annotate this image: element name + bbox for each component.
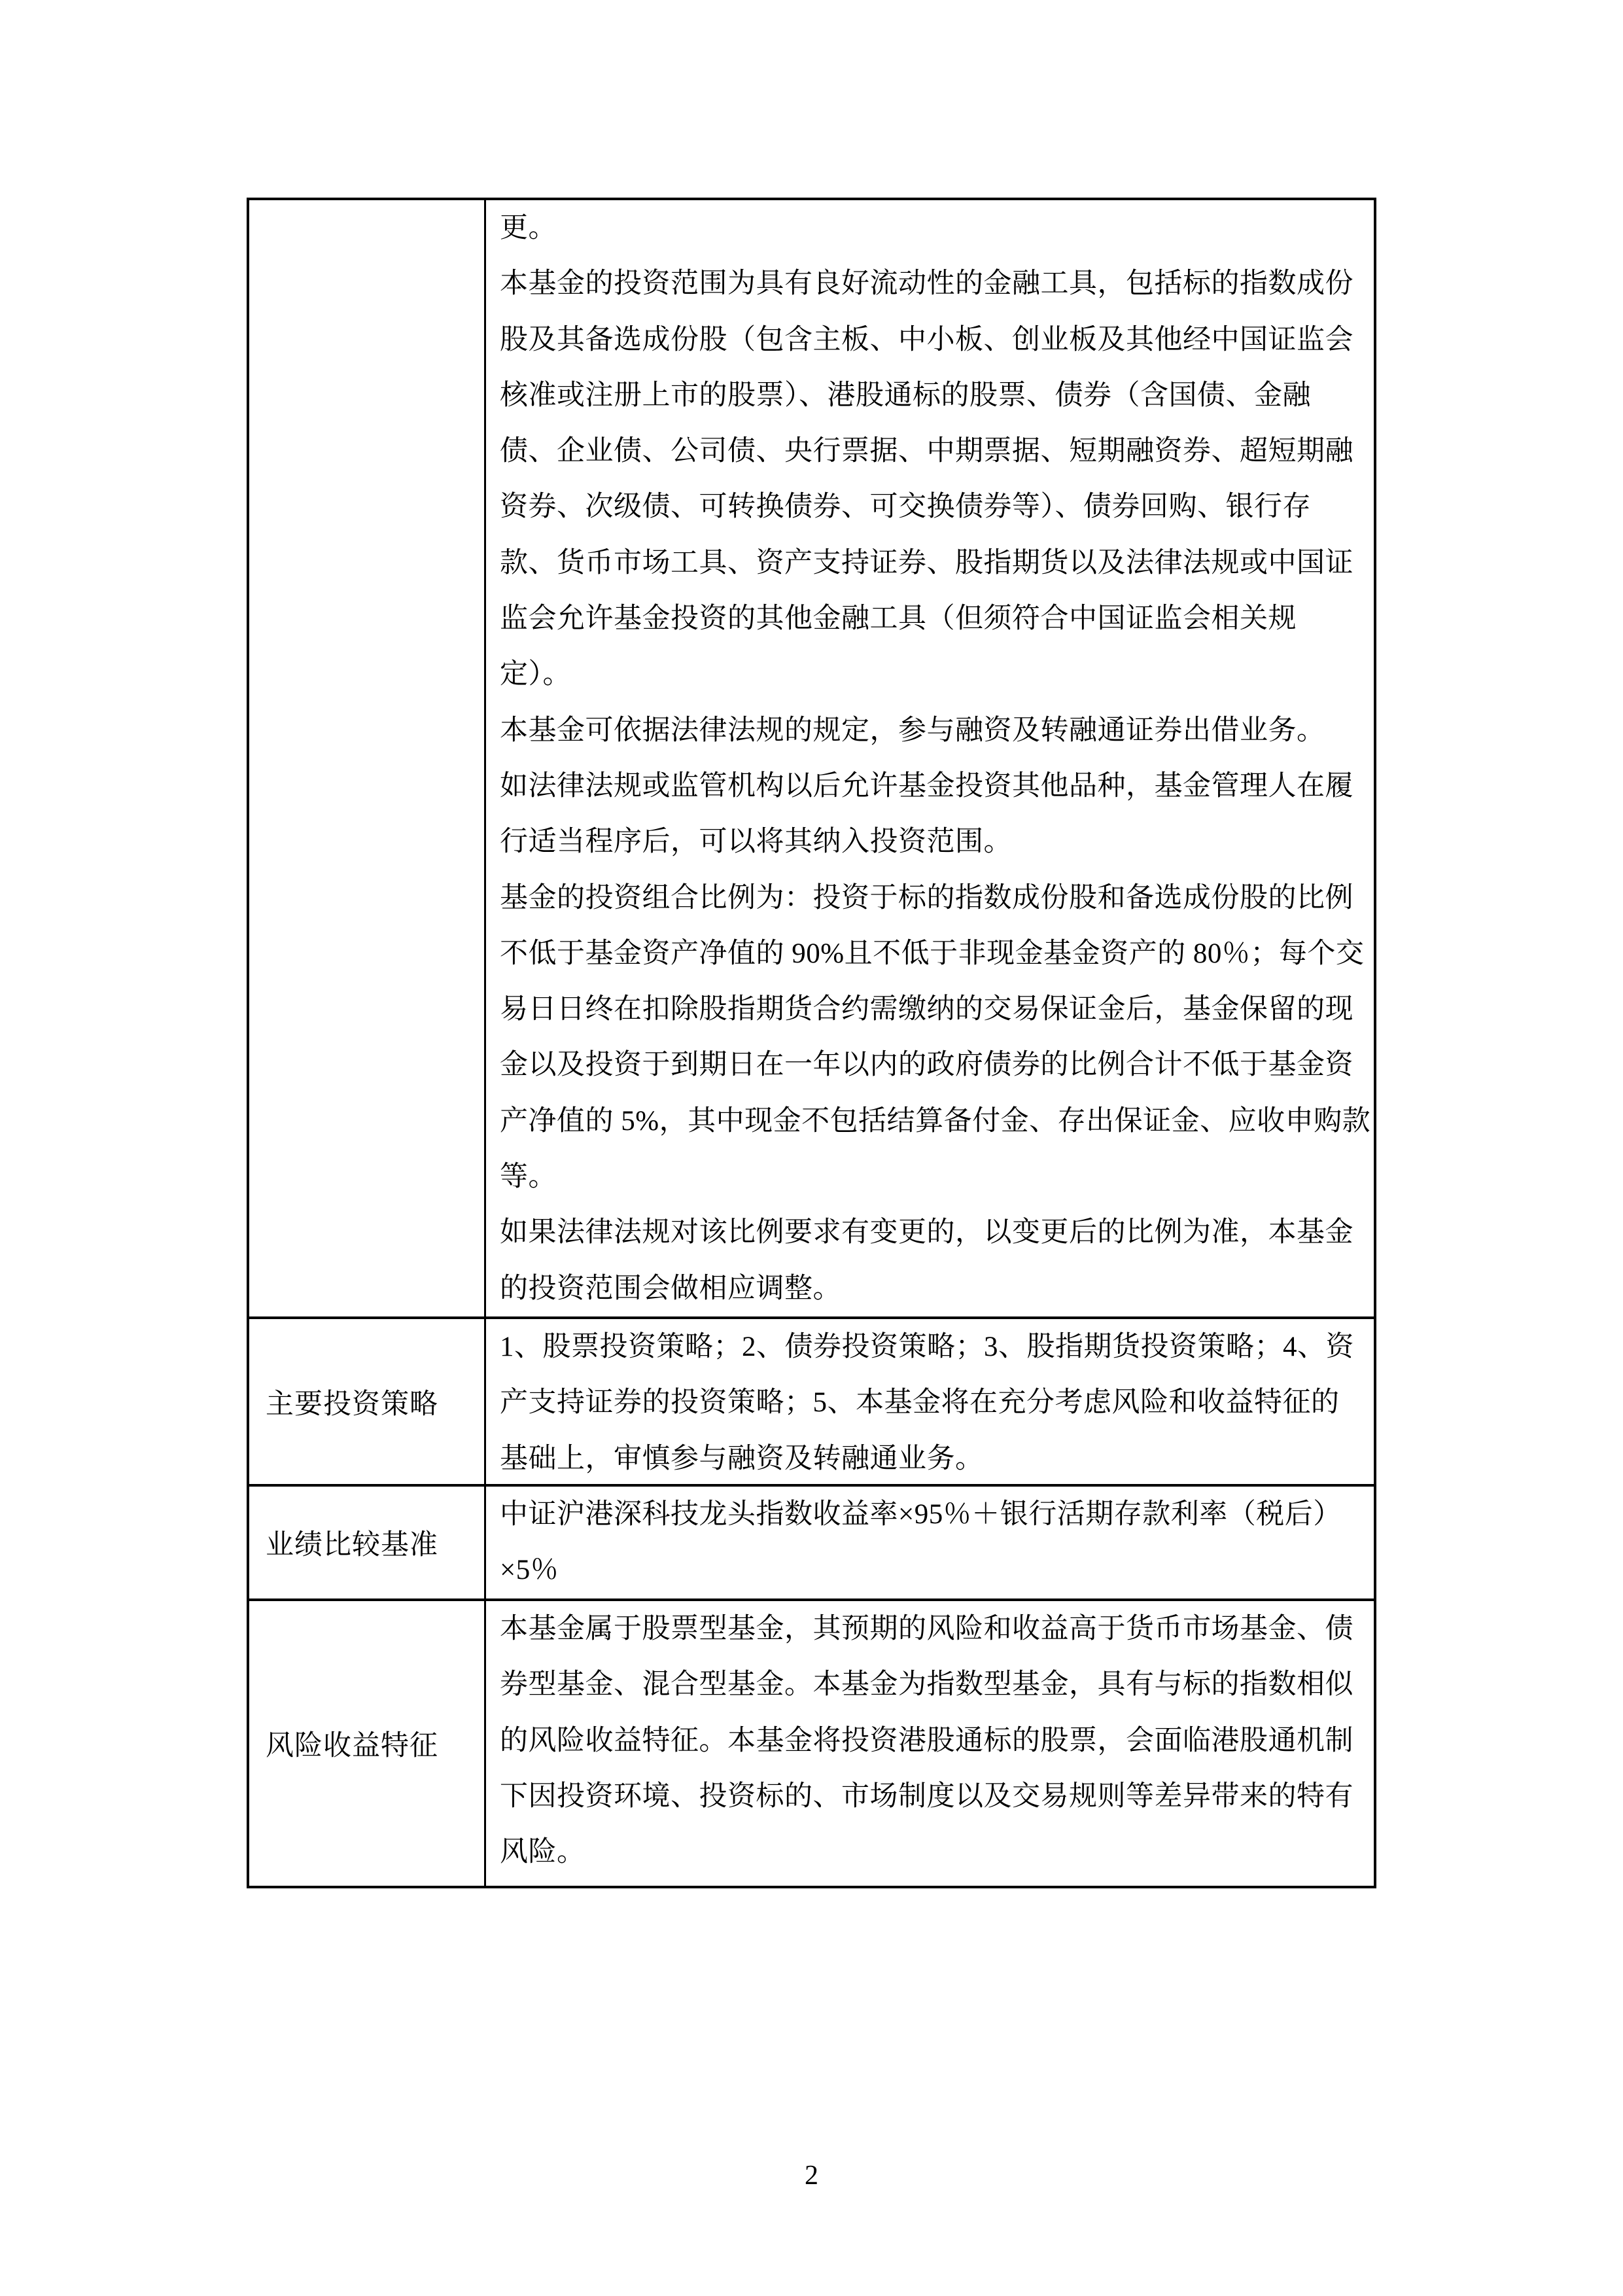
text-line: 中证沪港深科技龙头指数收益率×95％＋银行活期存款利率（税后）	[500, 1487, 1362, 1542]
text-line: 如法律法规或监管机构以后允许基金投资其他品种，基金管理人在履	[500, 758, 1362, 814]
text-line: 产支持证券的投资策略；5、本基金将在充分考虑风险和收益特征的	[500, 1375, 1362, 1430]
text-line: 更。	[500, 200, 1362, 256]
text-line: 易日日终在扣除股指期货合约需缴纳的交易保证金后，基金保留的现	[500, 981, 1362, 1037]
text-line: 本基金属于股票型基金，其预期的风险和收益高于货币市场基金、债	[500, 1601, 1362, 1657]
row-content-performance-benchmark: 中证沪港深科技龙头指数收益率×95％＋银行活期存款利率（税后）×5％	[484, 1487, 1374, 1598]
row-content-investment-scope: 更。本基金的投资范围为具有良好流动性的金融工具，包括标的指数成份股及其备选成份股…	[484, 200, 1374, 1316]
row-label	[249, 200, 484, 1316]
text-line: 本基金的投资范围为具有良好流动性的金融工具，包括标的指数成份	[500, 256, 1362, 311]
text-line: 的风险收益特征。本基金将投资港股通标的股票，会面临港股通机制	[500, 1713, 1362, 1769]
text-line: 股及其备选成份股（包含主板、中小板、创业板及其他经中国证监会	[500, 312, 1362, 368]
table-row-main-investment-strategy: 主要投资策略 1、股票投资策略；2、债券投资策略；3、股指期货投资策略；4、资产…	[249, 1316, 1374, 1484]
text-line: 核准或注册上市的股票）、港股通标的股票、债券（含国债、金融	[500, 368, 1362, 423]
text-line: 监会允许基金投资的其他金融工具（但须符合中国证监会相关规	[500, 591, 1362, 646]
text-line: 金以及投资于到期日在一年以内的政府债券的比例合计不低于基金资	[500, 1037, 1362, 1093]
text-line: 1、股票投资策略；2、债券投资策略；3、股指期货投资策略；4、资	[500, 1319, 1362, 1375]
text-line: 债、企业债、公司债、央行票据、中期票据、短期融资券、超短期融	[500, 423, 1362, 479]
row-label-risk-return-profile: 风险收益特征	[249, 1601, 484, 1886]
text-line: 风险。	[500, 1824, 1362, 1880]
table-row-performance-benchmark: 业绩比较基准 中证沪港深科技龙头指数收益率×95％＋银行活期存款利率（税后）×5…	[249, 1484, 1374, 1598]
table-row-risk-return-profile: 风险收益特征 本基金属于股票型基金，其预期的风险和收益高于货币市场基金、债券型基…	[249, 1598, 1374, 1886]
text-line: 款、货币市场工具、资产支持证券、股指期货以及法律法规或中国证	[500, 535, 1362, 591]
text-line: 基金的投资组合比例为：投资于标的指数成份股和备选成份股的比例	[500, 870, 1362, 926]
text-line: 行适当程序后，可以将其纳入投资范围。	[500, 814, 1362, 870]
text-line: 等。	[500, 1149, 1362, 1205]
row-label-performance-benchmark: 业绩比较基准	[249, 1487, 484, 1598]
page-number: 2	[0, 2159, 1623, 2192]
text-line: 本基金可依据法律法规的规定，参与融资及转融通证券出借业务。	[500, 703, 1362, 758]
table-row-investment-scope: 更。本基金的投资范围为具有良好流动性的金融工具，包括标的指数成份股及其备选成份股…	[249, 200, 1374, 1316]
fund-summary-table: 更。本基金的投资范围为具有良好流动性的金融工具，包括标的指数成份股及其备选成份股…	[247, 198, 1376, 1888]
text-line: 券型基金、混合型基金。本基金为指数型基金，具有与标的指数相似	[500, 1657, 1362, 1712]
row-label-main-investment-strategy: 主要投资策略	[249, 1319, 484, 1484]
row-content-main-investment-strategy: 1、股票投资策略；2、债券投资策略；3、股指期货投资策略；4、资产支持证券的投资…	[484, 1319, 1374, 1484]
row-content-risk-return-profile: 本基金属于股票型基金，其预期的风险和收益高于货币市场基金、债券型基金、混合型基金…	[484, 1601, 1374, 1886]
text-line: 下因投资环境、投资标的、市场制度以及交易规则等差异带来的特有	[500, 1769, 1362, 1824]
text-line: 产净值的 5%，其中现金不包括结算备付金、存出保证金、应收申购款	[500, 1093, 1362, 1149]
text-line: ×5％	[500, 1542, 1362, 1598]
text-line: 的投资范围会做相应调整。	[500, 1261, 1362, 1316]
text-line: 资券、次级债、可转换债券、可交换债券等）、债券回购、银行存	[500, 479, 1362, 535]
text-line: 不低于基金资产净值的 90%且不低于非现金基金资产的 80％；每个交	[500, 926, 1362, 981]
text-line: 如果法律法规对该比例要求有变更的，以变更后的比例为准，本基金	[500, 1205, 1362, 1260]
text-line: 基础上，审慎参与融资及转融通业务。	[500, 1431, 1362, 1484]
text-line: 定）。	[500, 646, 1362, 702]
